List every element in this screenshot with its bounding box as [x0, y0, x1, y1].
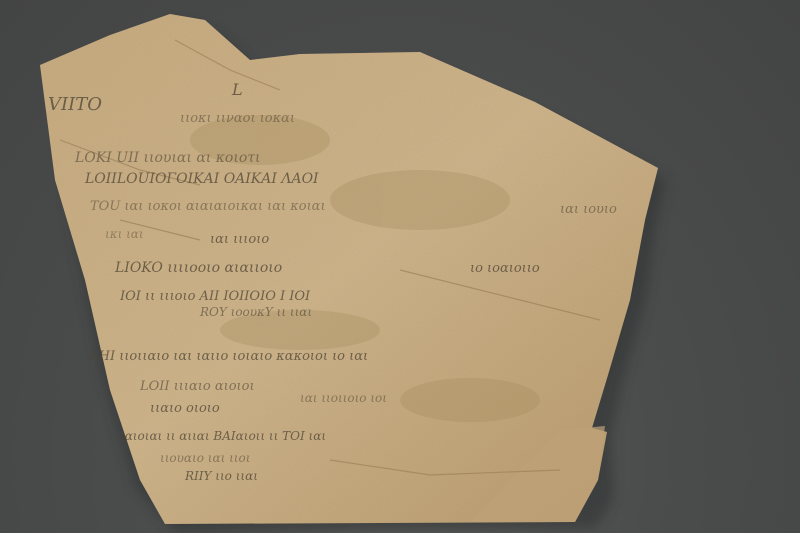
svg-text:ιαι ιουιο: ιαι ιουιο [560, 202, 617, 217]
svg-text:L: L [231, 80, 243, 99]
svg-text:TOU ιαι ιοκοι αιαιαιοικαι ιαι: TOU ιαι ιοκοι αιαιαιοικαι ιαι κοιαι [90, 199, 326, 214]
svg-text:ιαιοιαι ιι αιιαι ΒΑΙαιοιι ιι Τ: ιαιοιαι ιι αιιαι ΒΑΙαιοιι ιι ΤΟΙ ιαι [120, 429, 326, 443]
svg-text:ιιουαιο ιαι ιιοι: ιιουαιο ιαι ιιοι [160, 451, 250, 465]
svg-text:ιιαιο οιοιο: ιιαιο οιοιο [150, 401, 220, 416]
ostracon-fragment: VIITO L ιιοκι ιιναοι ιοκαι LOKI UII ιιου… [0, 0, 800, 533]
svg-text:LOKI UII ιιουιαι αι κοιοτι: LOKI UII ιιουιαι αι κοιοτι [74, 150, 260, 166]
svg-text:ROY ιοουκΥ ιι ιιαι: ROY ιοουκΥ ιι ιιαι [199, 305, 312, 319]
svg-text:ιαι ιιιοιο: ιαι ιιιοιο [210, 232, 269, 247]
svg-text:VIITO: VIITO [48, 94, 102, 115]
svg-text:LHI ιιοιιαιο ιαι ιαιιο ιοιαιο: LHI ιιοιιαιο ιαι ιαιιο ιοιαιο κακοιοι ιο… [89, 349, 368, 364]
svg-text:ιιοκι ιιναοι ιοκαι: ιιοκι ιιναοι ιοκαι [180, 111, 295, 126]
svg-text:LOIILOUIOΓΟΙΚΑΙ ΟΑΙΚΑΙ ΛΑΟΙ: LOIILOUIOΓΟΙΚΑΙ ΟΑΙΚΑΙ ΛΑΟΙ [84, 171, 319, 187]
svg-text:ιο ιοαιοιιο: ιο ιοαιοιιο [470, 261, 540, 276]
svg-text:LOII ιιιαιο αιοιοι: LOII ιιιαιο αιοιοι [139, 379, 255, 394]
svg-text:ικι ιαι: ικι ιαι [105, 227, 144, 241]
svg-text:ιαι ιιοιιοιο ιοι: ιαι ιιοιιοιο ιοι [300, 391, 387, 405]
svg-text:ΙΟΙ ιι ιιιοιο ΑΙΙ ΙΟΙΙΟΙΟ Ι ΙΟ: ΙΟΙ ιι ιιιοιο ΑΙΙ ΙΟΙΙΟΙΟ Ι ΙΟΙ [119, 289, 311, 304]
photo-scene: VIITO L ιιοκι ιιναοι ιοκαι LOKI UII ιιου… [0, 0, 800, 533]
svg-text:RIIY ιιο ιιαι: RIIY ιιο ιιαι [184, 469, 258, 483]
svg-text:LIOKO ιιιιοοιο αιαιιοιο: LIOKO ιιιιοοιο αιαιιοιο [114, 260, 282, 276]
